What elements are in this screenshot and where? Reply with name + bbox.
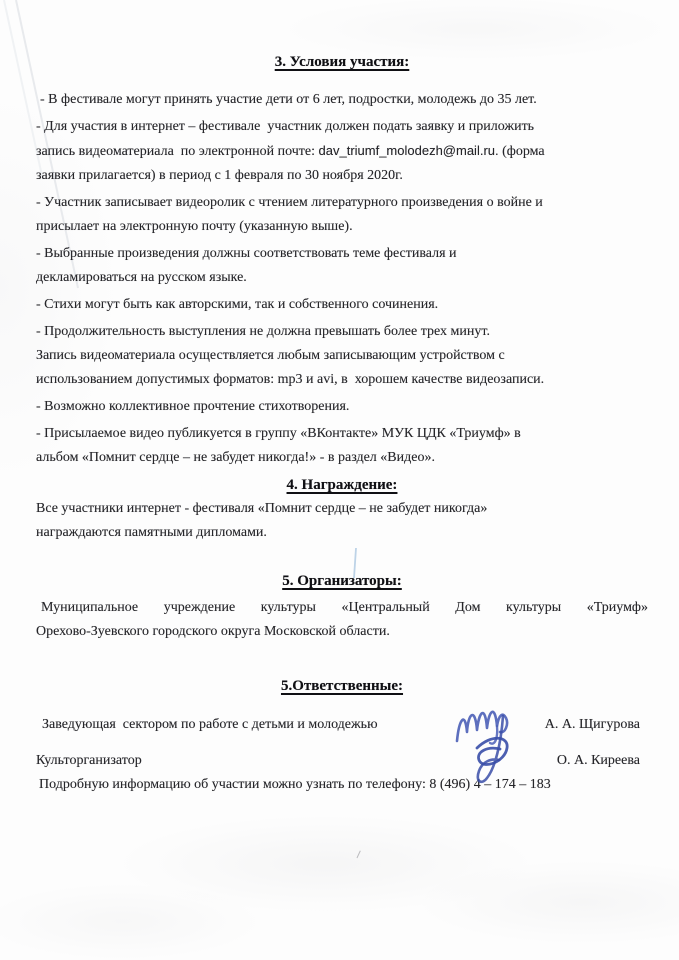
condition-item-video: - Участник записывает видеоролик с чтени… xyxy=(36,191,648,239)
condition-item-poems: - Стихи могут быть как авторскими, так и… xyxy=(36,293,648,317)
scan-speck-artifact xyxy=(356,851,363,860)
responsible-name: О. А. Киреева xyxy=(490,748,648,773)
responsible-title: Культорганизатор xyxy=(36,748,142,773)
condition-item-publishing: - Присылаемое видео публикуется в группу… xyxy=(36,422,648,470)
section-organizers-heading: 5. Организаторы: xyxy=(36,569,648,593)
section-responsible-heading: 5.Ответственные: xyxy=(36,674,648,698)
awards-text: Все участники интернет - фестиваля «Помн… xyxy=(36,497,648,545)
responsible-name: А. А. Щигурова xyxy=(490,712,648,737)
responsible-row: Культорганизатор О. А. Киреева xyxy=(36,748,648,773)
document-content: 3. Условия участия: - В фестивале могут … xyxy=(36,50,648,797)
section-conditions-heading: 3. Условия участия: xyxy=(36,50,648,74)
condition-item-application: - Для участия в интернет – фестивале уча… xyxy=(36,115,648,188)
organizers-line-2: Орехово-Зуевского городского округа Моск… xyxy=(36,620,648,644)
document-page: 3. Условия участия: - В фестивале могут … xyxy=(0,0,679,960)
organizers-text: Муниципальное учреждение культуры «Центр… xyxy=(36,596,648,644)
condition-item-duration: - Продолжительность выступления не должн… xyxy=(36,320,648,392)
condition-item-age: - В фестивале могут принять участие дети… xyxy=(36,88,648,112)
responsible-rows: Заведующая сектором по работе с детьми и… xyxy=(36,712,648,773)
footer-phone-text: Подробную информацию об участии можно уз… xyxy=(36,773,648,797)
organizers-line-1: Муниципальное учреждение культуры «Центр… xyxy=(36,596,648,620)
email-address: dav_triumf_molodezh@mail.ru. xyxy=(319,143,499,158)
condition-item-collective: - Возможно коллективное прочтение стихот… xyxy=(36,395,648,419)
section-awards-heading: 4. Награждение: xyxy=(36,473,648,497)
condition-item-theme: - Выбранные произведения должны соответс… xyxy=(36,242,648,290)
responsible-title: Заведующая сектором по работе с детьми и… xyxy=(36,712,378,737)
responsible-row: Заведующая сектором по работе с детьми и… xyxy=(36,712,648,737)
